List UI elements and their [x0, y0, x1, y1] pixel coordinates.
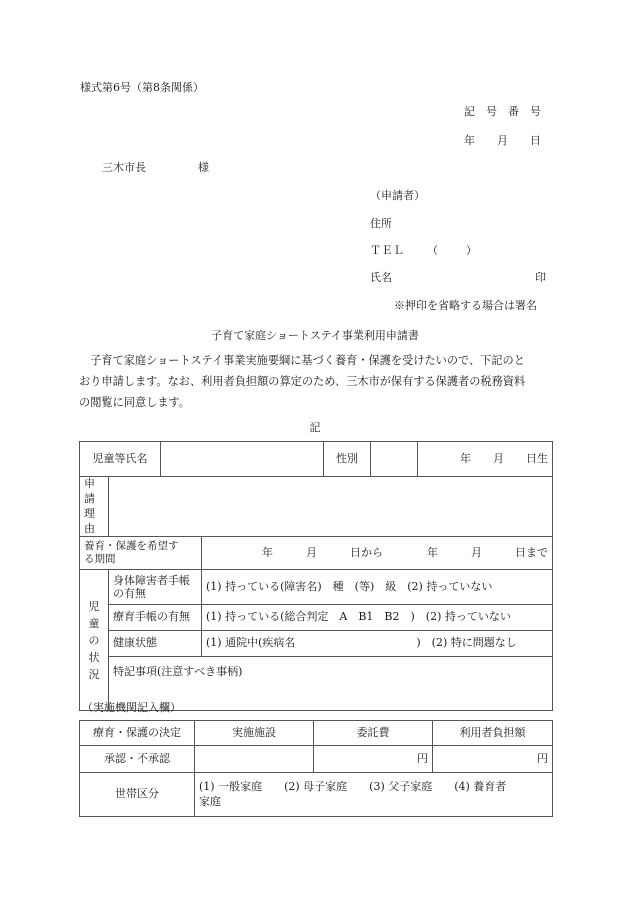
application-table: 児童等氏名 性別 年 月 日生 申請理由 養育・保護を希望する期間 年 月 日か…: [79, 441, 553, 711]
reference-number-label: 記 号 番 号: [464, 106, 541, 117]
header-decision: 療育・保護の決定: [80, 721, 195, 746]
disability-label-2: の有無: [113, 587, 146, 600]
header-fee: 委託費: [314, 721, 433, 746]
tel-paren-open: （: [427, 245, 438, 256]
disability-label-1: 身体障害者手帳: [113, 574, 190, 587]
address-label: 住所: [370, 218, 392, 229]
agency-table: 療育・保護の決定 実施施設 委託費 利用者負担額 承認・不承認 円 円 世帯区分…: [79, 720, 553, 817]
gender-field[interactable]: [371, 442, 418, 477]
notes-label: 特記事項(注意すべき事柄): [113, 665, 242, 678]
health-label: 健康状態: [109, 631, 202, 657]
tel-paren-close: ）: [466, 245, 477, 256]
name-label: 氏名: [370, 272, 392, 283]
status-char: 状: [89, 651, 100, 664]
seal-label: 印: [535, 272, 546, 283]
ryoiku-field[interactable]: (1) 持っている(総合判定 A B1 B2 ) (2) 持っていない: [202, 605, 553, 631]
household-label: 世帯区分: [80, 773, 195, 817]
status-char: 童: [89, 617, 100, 630]
child-name-field[interactable]: [161, 442, 324, 477]
household-line-1: (1) 一般家庭 (2) 母子家庭 (3) 父子家庭 (4) 養育者: [199, 780, 506, 793]
reason-label-1: 申請: [84, 477, 95, 505]
birth-date-field[interactable]: 年 月 日生: [418, 442, 553, 477]
reason-label-2: 理由: [84, 507, 95, 535]
household-field[interactable]: (1) 一般家庭 (2) 母子家庭 (3) 父子家庭 (4) 養育者家庭: [195, 773, 553, 817]
health-field[interactable]: (1) 通院中(疾病名 ) (2) 特に問題なし: [202, 631, 553, 657]
tel-label: ＴＥＬ: [370, 245, 405, 256]
ki-label: 記: [0, 422, 630, 433]
intro-line-3: の閲覧に同意します。: [79, 397, 190, 408]
disability-field[interactable]: (1) 持っている(障害名) 種 (等) 級 (2) 持っていない: [202, 570, 553, 605]
child-status-group-label: 児 童 の 状 況: [80, 570, 109, 711]
gender-label: 性別: [324, 442, 371, 477]
addressee: 三木市長: [102, 162, 146, 173]
applicant-heading: （申請者）: [370, 190, 425, 201]
status-char: 児: [89, 600, 100, 613]
child-name-label: 児童等氏名: [80, 442, 161, 477]
header-user-burden: 利用者負担額: [433, 721, 553, 746]
period-label: 養育・保護を希望する期間: [80, 537, 202, 570]
agency-section-label: （実施機関記入欄）: [82, 702, 181, 713]
intro-line-1: 子育て家庭ショートステイ事業実施要綱に基づく養育・保護を受けたいので、下記のと: [79, 355, 525, 366]
addressee-suffix: 様: [198, 162, 209, 173]
reason-label: 申請理由: [80, 477, 109, 537]
disability-label: 身体障害者手帳の有無: [109, 570, 202, 605]
ryoiku-label: 療育手帳の有無: [109, 605, 202, 631]
burden-field[interactable]: 円: [433, 746, 553, 773]
date-label: 年 月 日: [464, 135, 541, 146]
document-title: 子育て家庭ショートステイ事業利用申請書: [0, 330, 630, 341]
form-number: 様式第6号（第8条関係）: [80, 82, 204, 93]
header-facility: 実施施設: [195, 721, 314, 746]
period-label-1: 養育・保護を希望す: [84, 540, 179, 552]
seal-note: ※押印を省略する場合は署名: [394, 300, 537, 311]
status-char: 況: [89, 668, 100, 681]
intro-line-2: おり申請します。なお、利用者負担額の算定のため、三木市が保有する保護者の税務資料: [79, 376, 525, 387]
facility-field[interactable]: [195, 746, 314, 773]
period-field[interactable]: 年 月 日から 年 月 日まで: [202, 537, 553, 570]
fee-field[interactable]: 円: [314, 746, 433, 773]
period-label-2: る期間: [84, 553, 116, 565]
approval-label: 承認・不承認: [80, 746, 195, 773]
reason-field[interactable]: [109, 477, 553, 537]
status-char: の: [89, 634, 100, 647]
household-line-2: 家庭: [199, 795, 221, 808]
